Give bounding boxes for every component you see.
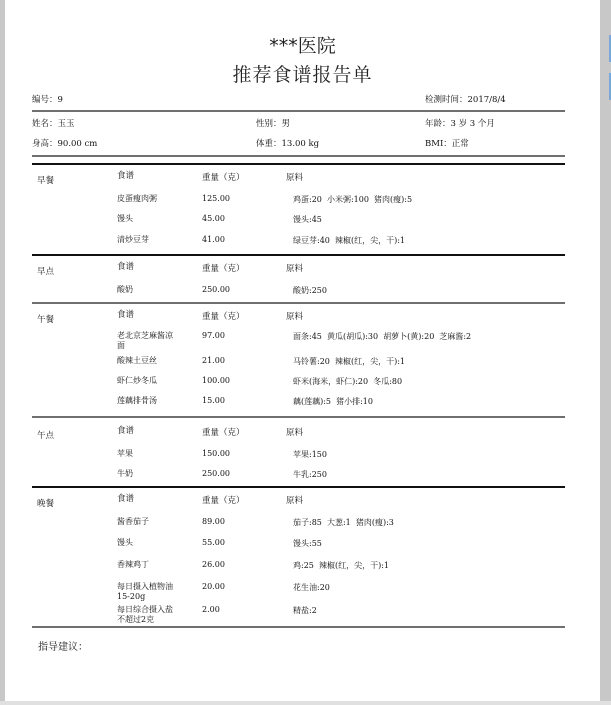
- viewer-bottom-bar: [0, 701, 611, 705]
- meal-label: 午点: [37, 429, 54, 441]
- recipe-ingredients: 茄子:85 大葱:1 猪肉(瘦):3: [293, 517, 394, 528]
- recipe-ingredients: 鸡:25 辣椒(红，尖，干):1: [293, 560, 389, 571]
- recipe-weight: 20.00: [202, 582, 225, 591]
- recipe-name: 老北京芝麻酱凉面: [117, 331, 179, 351]
- report-id: 编号：9: [32, 95, 63, 105]
- divider-line: [32, 155, 565, 157]
- recipe-ingredients: 牛乳:250: [293, 469, 327, 480]
- viewer-right-margin: [600, 0, 611, 701]
- report-page: ***医院 推荐食谱报告单 编号：9 检测时间：2017/8/4 姓名：玉玉 性…: [5, 0, 600, 701]
- recipe-weight: 89.00: [202, 517, 225, 526]
- recipe-weight: 150.00: [202, 449, 230, 458]
- recipe-name: 酸奶: [117, 285, 197, 295]
- recipe-name: 皮蛋瘦肉粥: [117, 194, 197, 204]
- recipe-name: 馒头: [117, 214, 197, 224]
- recipe-header: 食谱: [117, 262, 197, 272]
- meal-label: 早餐: [37, 174, 54, 186]
- patient-height: 身高：90.00 cm: [32, 139, 97, 149]
- recipe-weight: 250.00: [202, 285, 230, 294]
- recipe-name: 每日摄入植物油15-20g: [117, 582, 179, 602]
- patient-gender: 性别：男: [256, 119, 290, 129]
- recipe-name: 香辣鸡丁: [117, 560, 197, 570]
- patient-name: 姓名：玉玉: [32, 119, 75, 129]
- recipe-header: 食谱: [117, 494, 197, 504]
- recipe-weight: 55.00: [202, 538, 225, 547]
- meal-label: 早点: [37, 265, 54, 277]
- recipe-weight: 21.00: [202, 356, 225, 365]
- patient-bmi: BMI：正常: [425, 139, 469, 149]
- recipe-ingredients: 马铃薯:20 辣椒(红，尖，干):1: [293, 356, 405, 367]
- recipe-name: 清炒豆芽: [117, 235, 197, 245]
- recipe-ingredients: 馒头:55: [293, 538, 322, 549]
- recipe-weight: 100.00: [202, 376, 230, 385]
- recipe-ingredients: 精盐:2: [293, 605, 317, 616]
- divider-line: [32, 626, 565, 628]
- weight-header: 重量（克）: [202, 262, 245, 274]
- recipe-name: 酱香茄子: [117, 517, 197, 527]
- recipe-weight: 125.00: [202, 194, 230, 203]
- ingredients-header: 原料: [286, 310, 303, 322]
- recipe-weight: 2.00: [202, 605, 220, 614]
- recipe-ingredients: 酸奶:250: [293, 285, 327, 296]
- ingredients-header: 原料: [286, 171, 303, 183]
- patient-age: 年龄：3 岁 3 个月: [425, 119, 495, 129]
- divider-line: [32, 110, 565, 112]
- recipe-header: 食谱: [117, 426, 197, 436]
- recipe-weight: 97.00: [202, 331, 225, 340]
- recipe-ingredients: 馒头:45: [293, 214, 322, 225]
- recipe-weight: 15.00: [202, 396, 225, 405]
- divider-line: [32, 416, 565, 418]
- ingredients-header: 原料: [286, 494, 303, 506]
- divider-line: [32, 486, 565, 488]
- recipe-ingredients: 苹果:150: [293, 449, 327, 460]
- recipe-weight: 41.00: [202, 235, 225, 244]
- recipe-header: 食谱: [117, 171, 197, 181]
- meal-label: 晚餐: [37, 497, 54, 509]
- divider-line: [32, 302, 565, 304]
- recipe-name: 馒头: [117, 538, 197, 548]
- hospital-title: ***医院: [5, 31, 600, 58]
- advice-label: 指导建议：: [38, 638, 88, 653]
- recipe-ingredients: 藕(莲藕):5 猪小排:10: [293, 396, 373, 407]
- recipe-ingredients: 绿豆芽:40 辣椒(红，尖，干):1: [293, 235, 405, 246]
- weight-header: 重量（克）: [202, 171, 245, 183]
- patient-weight: 体重：13.00 kg: [256, 139, 319, 149]
- weight-header: 重量（克）: [202, 426, 245, 438]
- recipe-name: 每日综合摄入盐不超过2克: [117, 605, 175, 625]
- recipe-ingredients: 鸡蛋:20 小米粥:100 猪肉(瘦):5: [293, 194, 412, 205]
- recipe-name: 酸辣土豆丝: [117, 356, 197, 366]
- report-title: 推荐食谱报告单: [5, 60, 600, 87]
- meal-label: 午餐: [37, 313, 54, 325]
- divider-line: [32, 254, 565, 256]
- recipe-header: 食谱: [117, 310, 197, 320]
- recipe-name: 牛奶: [117, 469, 197, 479]
- recipe-weight: 26.00: [202, 560, 225, 569]
- recipe-name: 苹果: [117, 449, 197, 459]
- weight-header: 重量（克）: [202, 310, 245, 322]
- weight-header: 重量（克）: [202, 494, 245, 506]
- divider-line: [32, 163, 565, 165]
- ingredients-header: 原料: [286, 262, 303, 274]
- recipe-ingredients: 花生油:20: [293, 582, 330, 593]
- test-time: 检测时间：2017/8/4: [425, 95, 506, 105]
- recipe-ingredients: 面条:45 黄瓜(胡瓜):30 胡萝卜(黄):20 芝麻酱:2: [293, 331, 471, 342]
- recipe-ingredients: 虾米(海米，虾仁):20 冬瓜:80: [293, 376, 402, 387]
- recipe-name: 虾仁炒冬瓜: [117, 376, 197, 386]
- recipe-weight: 45.00: [202, 214, 225, 223]
- recipe-weight: 250.00: [202, 469, 230, 478]
- ingredients-header: 原料: [286, 426, 303, 438]
- recipe-name: 莲藕排骨汤: [117, 396, 197, 406]
